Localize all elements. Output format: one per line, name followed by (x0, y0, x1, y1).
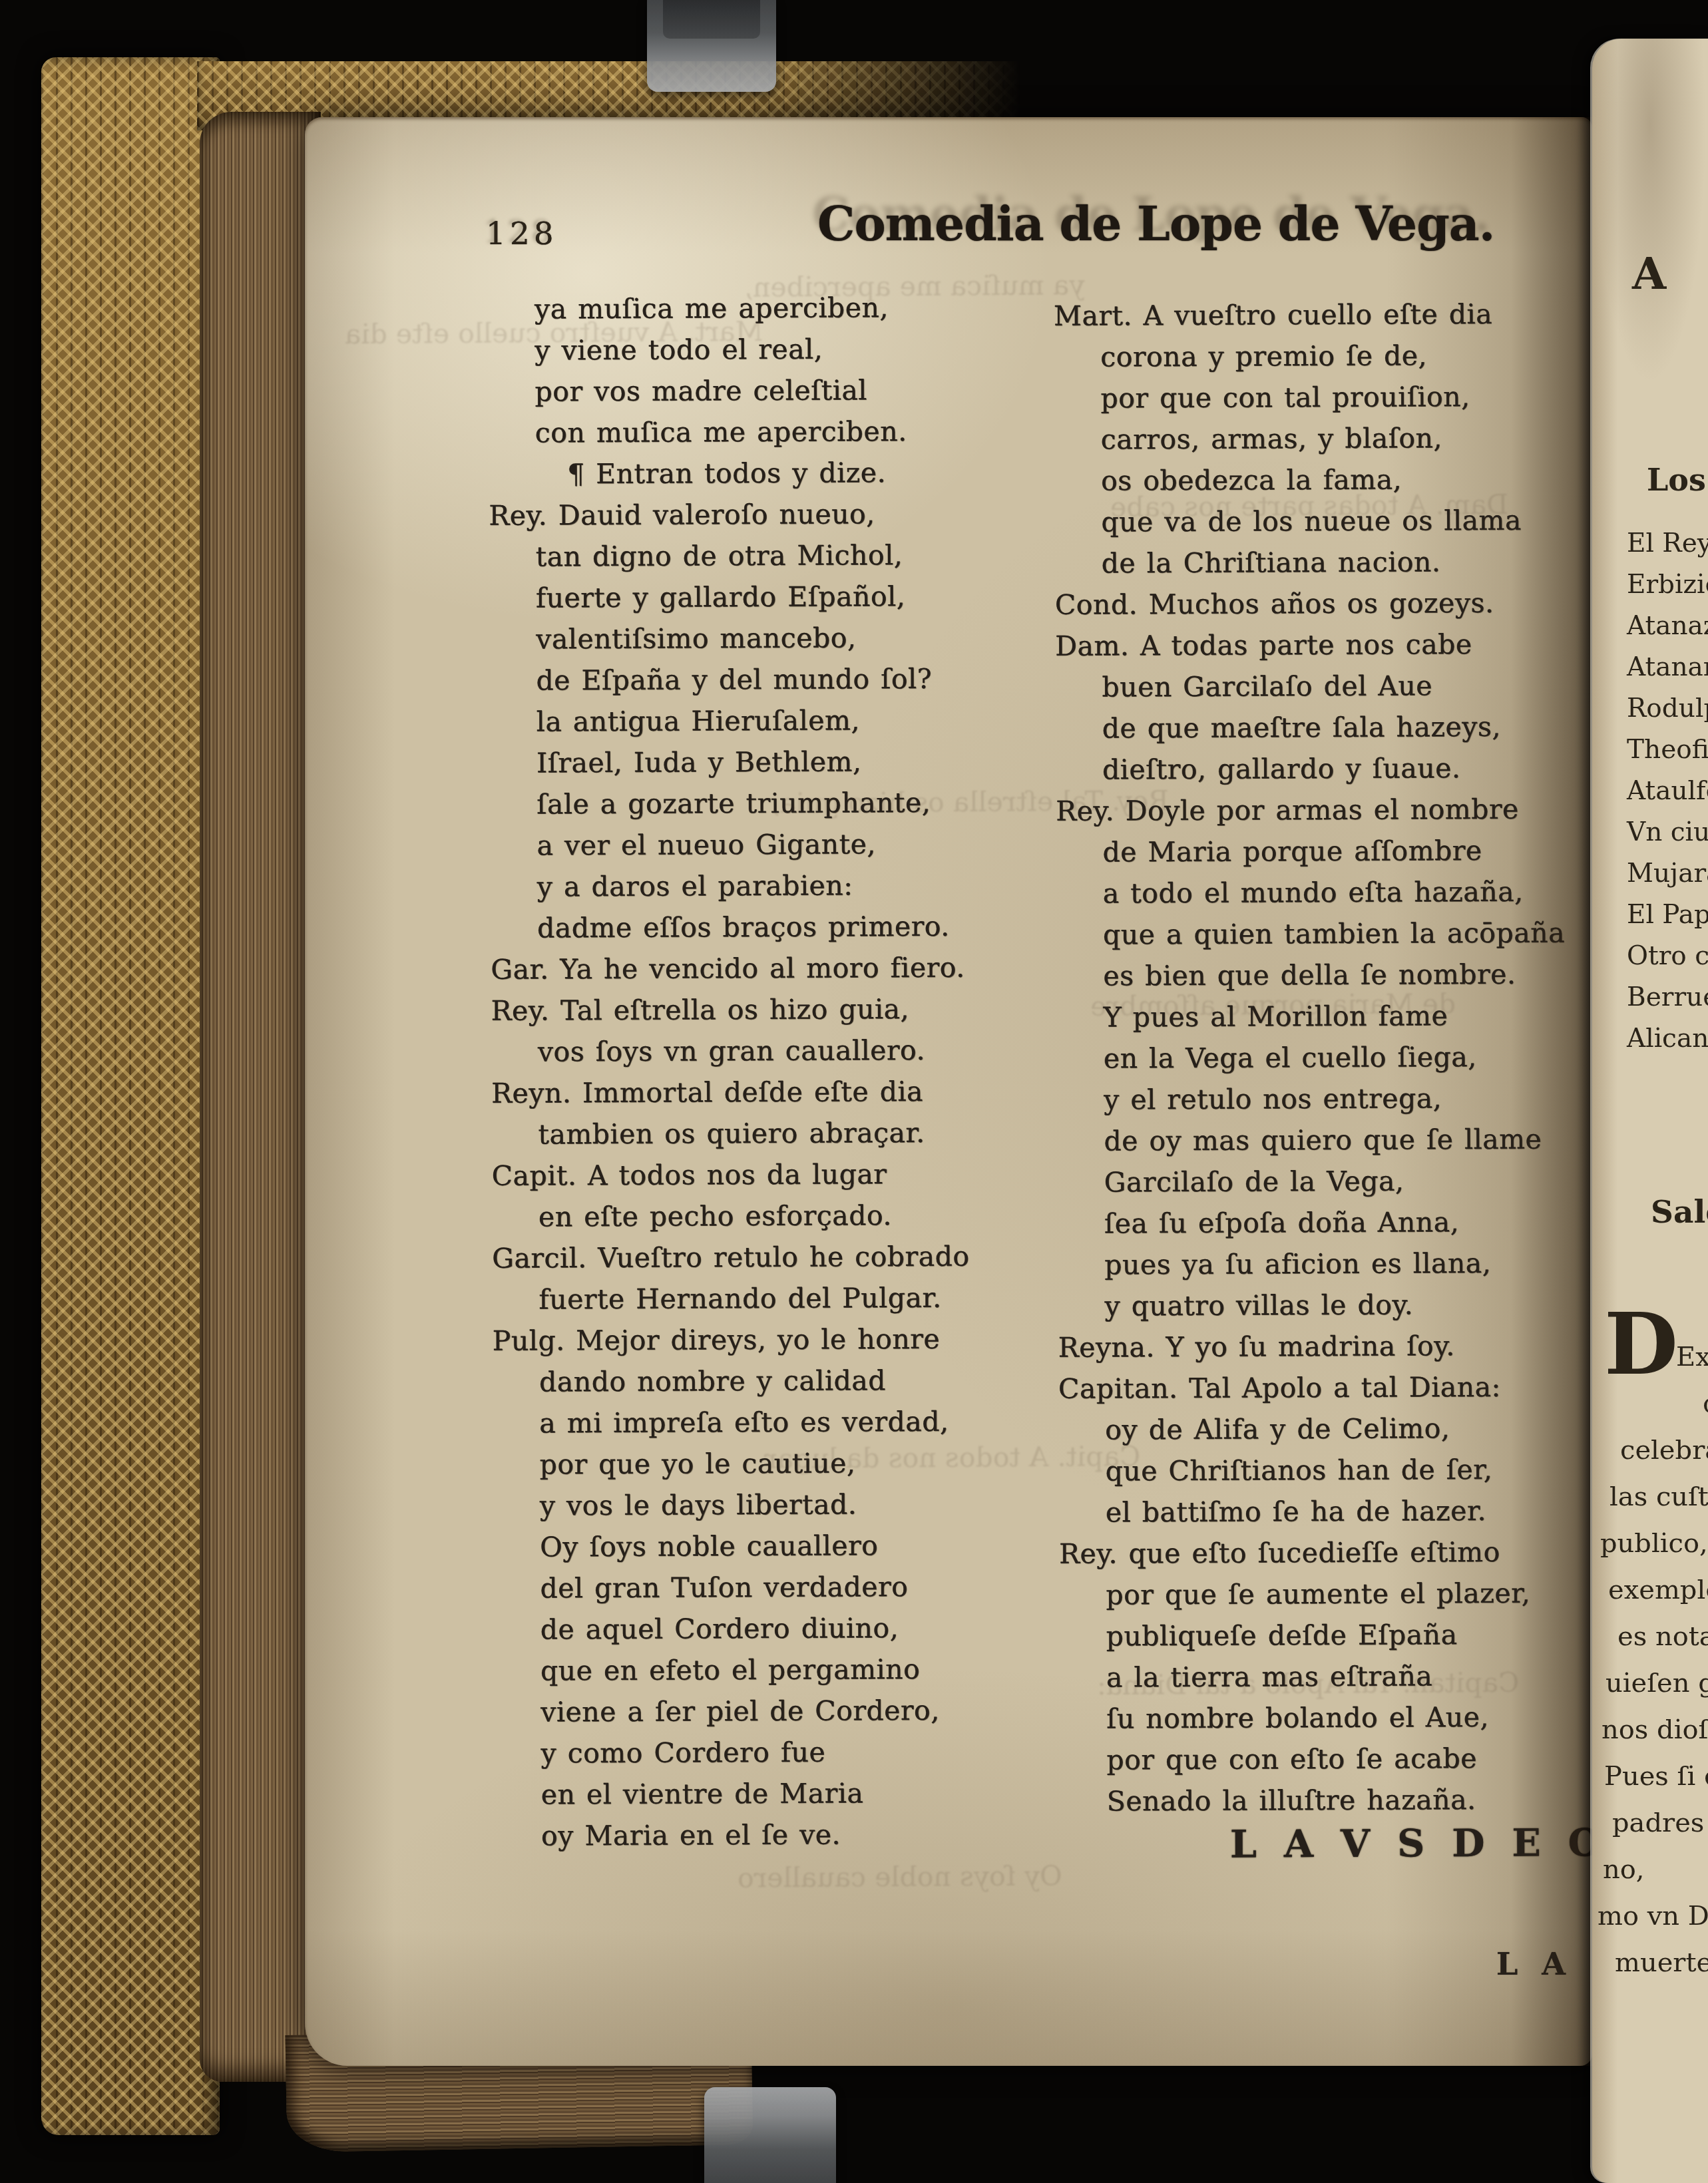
verse-line: por que ſe aumente el plazer, (1106, 1572, 1598, 1615)
verse-line: Rey. Tal eſtrella os hizo guia, (491, 988, 1030, 1032)
verse-line: Iſrael, Iuda y Bethlem, (536, 740, 1029, 783)
verse-line: que en efeto el pergamino (540, 1648, 1033, 1691)
verse-line: dando nombre y calidad (539, 1359, 1032, 1402)
verse-line: Capit. A todos nos da lugar (492, 1153, 1031, 1197)
cast-list-item: Otro ciudad (1627, 936, 1708, 977)
next-page-text-line: Pues ſi eſtos (1604, 1753, 1708, 1800)
catchword: L A (1496, 1946, 1572, 1982)
bleed-through-text: Oy ſoys noble cauallero (738, 1860, 1062, 1893)
verse-line: de que maeſtre ſala hazeys, (1102, 705, 1595, 749)
verse-line: tambien os quiero abraçar. (538, 1111, 1030, 1155)
verse-line: por vos madre celeſtial (534, 369, 1027, 412)
next-page-text-line: es notab (1617, 1613, 1708, 1660)
verse-line: Y pues al Morillon fame (1103, 994, 1596, 1038)
verse-line: y como Cordero fue (540, 1730, 1033, 1774)
verse-line: fuerte Hernando del Pulgar. (538, 1277, 1031, 1320)
verse-line: y el retulo nos entrega, (1104, 1077, 1596, 1120)
verse-line: que Chriſtianos han de ſer, (1105, 1448, 1598, 1491)
verse-line: Reyna. Y yo ſu madrina ſoy. (1058, 1324, 1598, 1368)
verse-line: fuerte y gallardo Eſpañol, (536, 575, 1028, 618)
cast-list-item: Berrueco vil (1627, 977, 1708, 1018)
next-page-sliver: A C Los q El Rey BamErbizio GodAtanazild… (1592, 39, 1708, 2183)
verse-line: dieſtro, gallardo y ſuaue. (1102, 747, 1595, 790)
verse-line: por que con eſto ſe acabe (1106, 1737, 1599, 1780)
next-page-text-line: muerte: (1615, 1939, 1708, 1986)
gilt-binding-left (41, 57, 220, 2135)
book-clamp-bottom (704, 2087, 836, 2183)
verse-line: ſea ſu eſpoſa doña Anna, (1104, 1201, 1597, 1244)
verse-line: en el vientre de Maria (541, 1772, 1034, 1815)
verse-line: dadme eſſos braços primero. (537, 905, 1030, 948)
verse-line: Oy ſoys noble cauallero (540, 1524, 1032, 1567)
cast-list-item: Atanazildo (1627, 606, 1708, 647)
verse-line: Garcilaſo de la Vega, (1104, 1159, 1597, 1203)
verse-line: Rey. que eſto ſucedieſſe eſtimo (1059, 1531, 1598, 1575)
verse-line: y quatro villas le doy. (1104, 1283, 1597, 1326)
verse-line: tan digno de otra Michol, (535, 534, 1028, 577)
verse-line: publiqueſe deſde Eſpaña (1106, 1613, 1599, 1657)
verse-line: oy de Alifa y de Celimo, (1105, 1407, 1598, 1450)
cast-list-item: Alican Mor (1627, 1018, 1708, 1060)
verse-line: en eſte pecho esforçado. (538, 1194, 1031, 1237)
verse-line: la antigua Hieruſalem, (536, 699, 1029, 742)
verse-line: a ver el nueuo Gigante, (536, 823, 1029, 866)
verse-line: Senado la illuſtre hazaña. (1107, 1778, 1600, 1822)
verse-line: y vos le days libertad. (540, 1483, 1032, 1526)
verse-line: de la Chriſtiana nacion. (1101, 540, 1594, 584)
verse-line: viene a ſer piel de Cordero, (540, 1689, 1033, 1732)
verse-line: por que con tal prouiſion, (1100, 375, 1593, 419)
verse-line: de oy mas quiero que ſe llame (1104, 1118, 1596, 1161)
verse-line: buen Garcilaſo del Aue (1102, 664, 1594, 707)
next-page-text-line: exemplos (1608, 1567, 1708, 1613)
verse-line: Gar. Ya he vencido al moro fiero. (491, 946, 1030, 990)
next-page-text-line: om (1703, 1380, 1708, 1427)
page-edges-left (200, 112, 321, 2082)
verse-line: Reyn. Immortal deſde eſte dia (491, 1070, 1030, 1114)
verse-line: oy Maria en el ſe ve. (541, 1813, 1034, 1856)
verse-line: Rey. Dauid valeroſo nueuo, (489, 493, 1028, 536)
cast-list-item: Theofilo Go (1627, 729, 1708, 771)
verse-line: a la tierra mas eſtraña (1106, 1655, 1599, 1698)
verse-column-left: ya muſica me aperciben,y viene todo el r… (488, 286, 1034, 1857)
verse-line: Garcil. Vueſtro retulo he cobrado (492, 1235, 1031, 1279)
book-page: ya muſica me aperciben,Rey. Tal eſtrella… (305, 117, 1592, 2066)
verse-line: de aquel Cordero diuino, (540, 1607, 1033, 1650)
verse-line: de Maria porque aſſombre (1102, 829, 1595, 873)
next-page-text-line: las cuſtodias (1609, 1474, 1708, 1520)
cast-list-item: Erbizio God (1627, 564, 1708, 606)
verse-line: ¶ Entran todos y dize. (567, 451, 1028, 495)
verse-line: que va de los nueue os llama (1101, 499, 1594, 542)
verse-line: ſale a gozarte triumphante, (536, 781, 1029, 825)
verse-line: de Eſpaña y del mundo ſol? (536, 658, 1028, 701)
next-page-title-fragment: A C (1632, 248, 1708, 299)
next-page-text-fragments: Exaromcelebrar el vlas cuſtodiaspublico,… (1598, 1334, 1708, 1986)
verse-line: en la Vega el cuello ſiega, (1104, 1036, 1596, 1079)
verse-line: con muſica me aperciben. (535, 410, 1028, 453)
cast-list-item: Atanarico G (1627, 647, 1708, 688)
verse-line: corona y premio ſe de, (1100, 334, 1593, 377)
next-page-text-line: no, (1603, 1846, 1708, 1893)
next-page-text-line: publico, a (1600, 1520, 1708, 1567)
next-page-text-line: mo vn D (1598, 1893, 1708, 1939)
verse-line: por que yo le cautiue, (539, 1442, 1032, 1485)
verse-line: a todo el mundo eſta hazaña, (1103, 871, 1596, 914)
verse-line: carros, armas, y blaſon, (1101, 417, 1594, 460)
verse-line: pues ya ſu aficion es llana, (1104, 1242, 1597, 1285)
verse-line: es bien que della ſe nombre. (1103, 953, 1596, 996)
verse-line: Mart. A vueſtro cuello eſte dia (1054, 293, 1593, 337)
book-clamp-top (647, 0, 776, 92)
next-page-text-line: uieſen grã (1605, 1660, 1708, 1706)
verse-line: que a quien tambien la acōpaña (1103, 912, 1596, 955)
verse-line: L A V S D E O. (1230, 1822, 1600, 1865)
next-page-text-line: nos dioſes (1601, 1706, 1708, 1753)
verse-line: y viene todo el real, (534, 327, 1027, 371)
page-title: Comedia de Lope de Vega. (817, 196, 1683, 252)
verse-line: vos ſoys vn gran cauallero. (538, 1029, 1030, 1072)
next-page-heading-fragment: Los q (1647, 462, 1708, 498)
verse-line: Dam. A todas parte nos cabe (1055, 623, 1594, 667)
next-page-text-line: celebrar el v (1620, 1427, 1708, 1474)
verse-line: Capitan. Tal Apolo a tal Diana: (1058, 1366, 1598, 1410)
cast-list-item: Mujarabo ca (1627, 853, 1708, 894)
verse-line: del gran Tuſon verdadero (540, 1565, 1032, 1609)
verse-line: Rey. Doyle por armas el nombre (1056, 788, 1595, 832)
verse-line: a mi impreſa eſto es verdad, (539, 1400, 1032, 1444)
verse-line: ſu nombre bolando el Aue, (1106, 1696, 1599, 1739)
verse-line: ya muſica me aperciben, (534, 286, 1027, 329)
next-page-text-line: padres de (1612, 1800, 1708, 1846)
verse-line: valentiſsimo mancebo, (536, 616, 1028, 660)
verse-line: Pulg. Mejor direys, yo le honre (493, 1318, 1032, 1362)
cast-list-item: El Papa. (1627, 894, 1708, 936)
cast-list-item: Rodulpho G (1627, 688, 1708, 729)
page-number: 128 (486, 216, 558, 252)
verse-line: el battiſmo ſe ha de hazer. (1106, 1489, 1598, 1533)
next-page-stage-direction: Sale e (1651, 1194, 1708, 1231)
verse-line: y a daros el parabien: (537, 864, 1030, 907)
verse-column-right: Mart. A vueſtro cuello eſte diacorona y … (1054, 293, 1600, 1866)
next-page-cast-list: El Rey BamErbizio GodAtanazildoAtanarico… (1627, 523, 1708, 1060)
cast-list-item: Ataulfo Go (1627, 771, 1708, 812)
verse-line: Cond. Muchos años os gozeys. (1055, 582, 1594, 626)
next-page-text-line: Exar (1676, 1334, 1708, 1380)
cast-list-item: Vn ciudada (1627, 812, 1708, 853)
verse-line: os obedezca la fama, (1101, 458, 1594, 501)
cast-list-item: El Rey Bam (1627, 523, 1708, 564)
